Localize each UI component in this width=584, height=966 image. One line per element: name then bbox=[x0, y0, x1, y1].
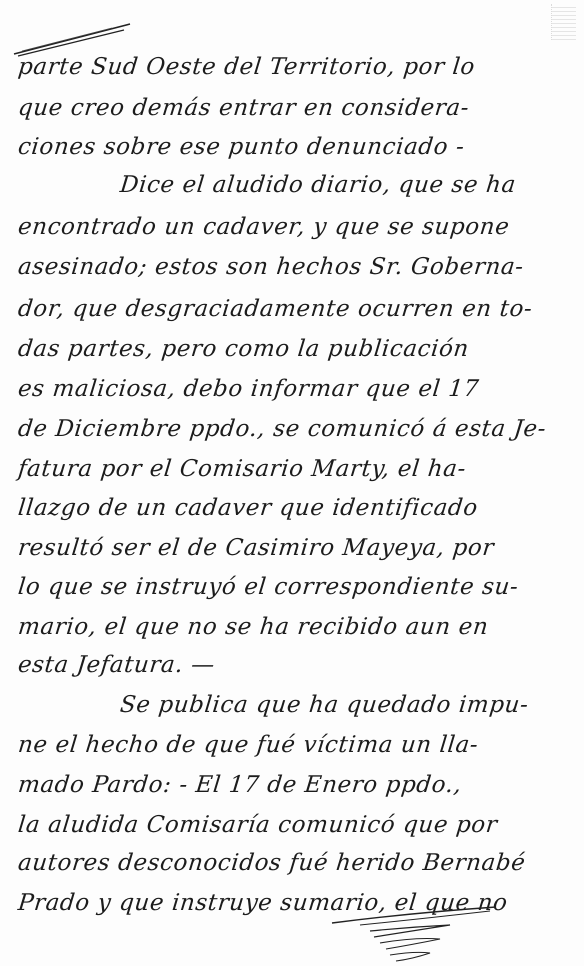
text-line-1: parte Sud Oeste del Territorio, por lo bbox=[17, 56, 476, 79]
text-line-8: das partes, pero como la publicación bbox=[17, 338, 470, 361]
text-line-3: ciones sobre ese punto denunciado - bbox=[17, 136, 466, 159]
text-line-16: esta Jefatura. — bbox=[17, 654, 216, 677]
text-line-19: mado Pardo: - El 17 de Enero ppdo., bbox=[17, 774, 463, 797]
text-line-2: que creo demás entrar en considera- bbox=[17, 97, 470, 120]
top-flourish-icon bbox=[12, 18, 132, 58]
text-line-5: encontrado un cadaver, y que se supone bbox=[17, 216, 511, 239]
text-line-13: resultó ser el de Casimiro Mayeya, por bbox=[17, 537, 495, 560]
text-line-14: lo que se instruyó el correspondiente su… bbox=[17, 576, 520, 599]
text-line-17: Se publica que ha quedado impu- bbox=[119, 694, 530, 717]
text-line-11: fatura por el Comisario Marty, el ha- bbox=[17, 458, 467, 481]
text-line-15: mario, el que no se ha recibido aun en bbox=[17, 616, 490, 639]
text-line-6: asesinado; estos son hechos Sr. Goberna- bbox=[17, 256, 525, 279]
text-line-9: es maliciosa, debo informar que el 17 bbox=[17, 378, 480, 401]
text-line-18: ne el hecho de que fué víctima un lla- bbox=[17, 734, 480, 757]
text-line-4: Dice el aludido diario, que se ha bbox=[119, 174, 517, 197]
text-line-21: autores desconocidos fué herido Bernabé bbox=[17, 852, 527, 875]
scanned-document-page: parte Sud Oeste del Territorio, por lo q… bbox=[0, 0, 584, 966]
text-line-7: dor, que desgraciadamente ocurren en to- bbox=[17, 298, 534, 321]
bottom-flourish-icon bbox=[330, 905, 500, 965]
text-line-20: la aludida Comisaría comunicó que por bbox=[17, 814, 499, 837]
corner-stamp-mark bbox=[551, 4, 576, 40]
text-line-12: llazgo de un cadaver que identificado bbox=[17, 497, 479, 520]
text-line-10: de Diciembre ppdo., se comunicó á esta J… bbox=[17, 418, 547, 441]
